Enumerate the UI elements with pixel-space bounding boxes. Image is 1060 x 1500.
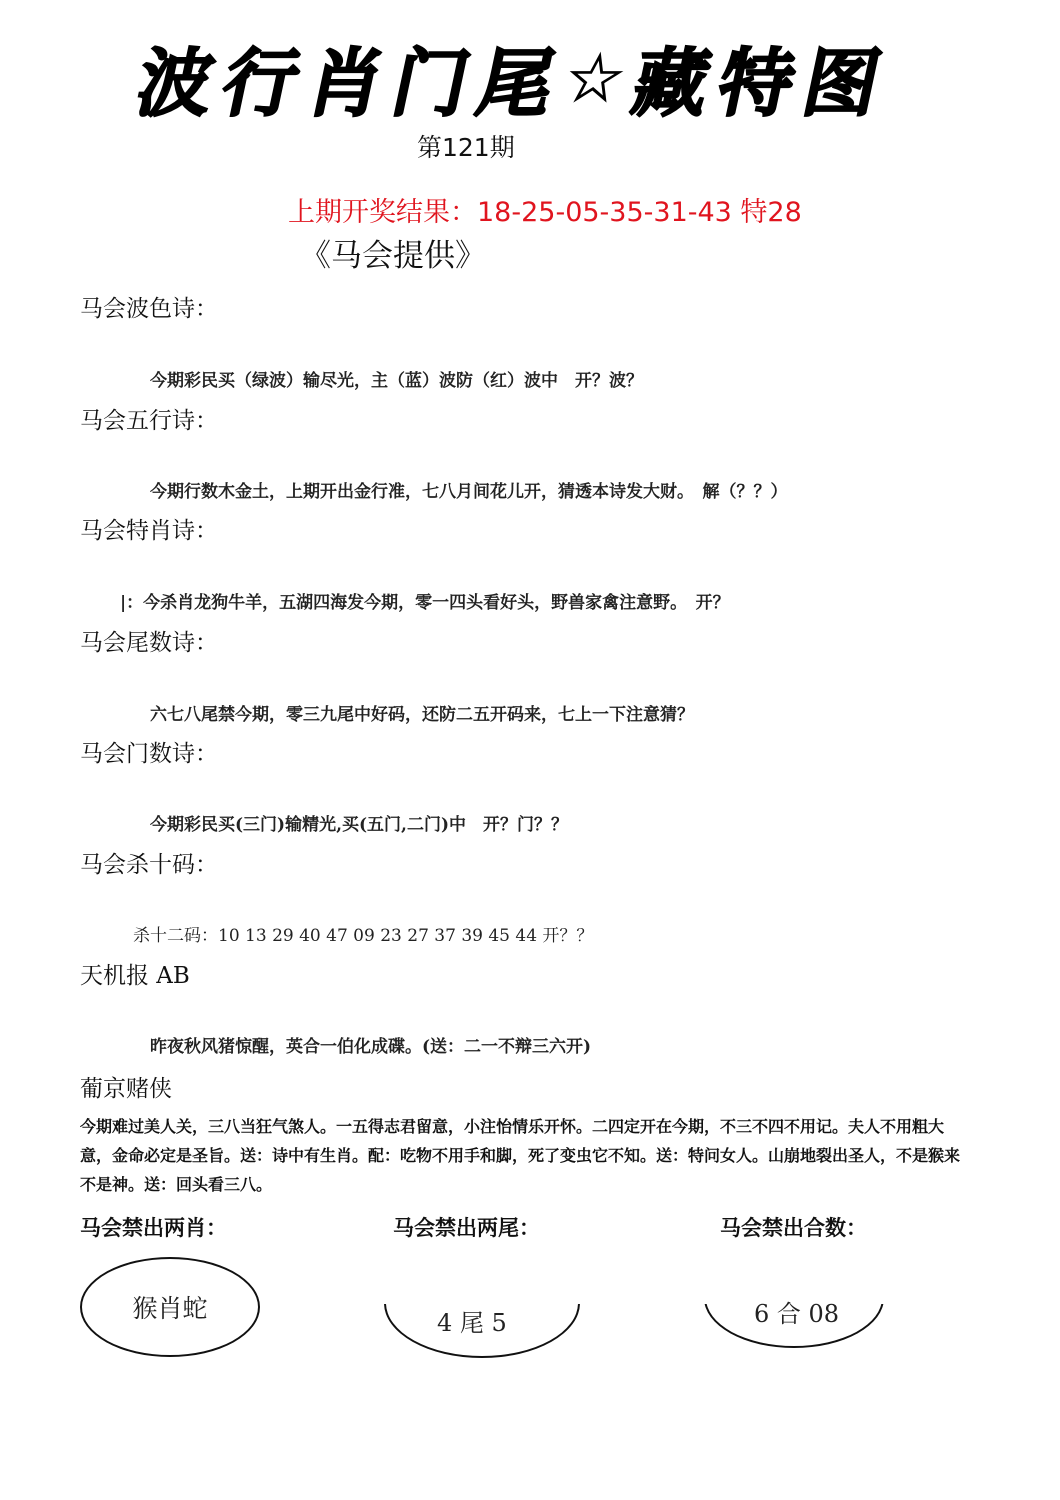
ban-sum-label: 马会禁出合数：	[720, 1212, 867, 1242]
section-heading-kill-ten: 马会杀十码：	[80, 846, 218, 879]
star-icon: ☆	[557, 40, 633, 117]
ban-tail-value: 4 尾 5	[437, 1303, 507, 1338]
section-line-special-zodiac: |：今杀肖龙狗牛羊，五湖四海发今期，零一四头看好头，野兽家禽注意野。 开？	[120, 588, 730, 613]
section-heading-door-number: 马会门数诗：	[80, 735, 218, 768]
title-char: 图	[795, 25, 892, 131]
section-line-wave-color: 今期彩民买（绿波）输尽光，主（蓝）波防（红）波中 开？波？	[150, 366, 643, 391]
section-heading-tianji: 天机报 AB	[80, 957, 190, 990]
ban-sum-value: 6 合 08	[754, 1294, 839, 1329]
section-heading-special-zodiac: 马会特肖诗：	[80, 512, 218, 545]
page-title: 波 行 肖 门 尾 ☆ 藏 特 图	[129, 28, 890, 128]
section-line-tianji: 昨夜秋风猪惊醒，英合一伯化成碟。(送：二一不辩三六开)	[150, 1032, 591, 1057]
title-char: 门	[384, 25, 481, 131]
ban-tail-label: 马会禁出两尾：	[393, 1212, 540, 1242]
pujing-paragraph: 今期难过美人关，三八当狂气煞人。一五得志君留意，小注怡情乐开怀。二四定开在今期，…	[80, 1112, 960, 1199]
provider-label: 《马会提供》	[300, 230, 486, 275]
pujing-heading: 葡京赌侠	[80, 1070, 172, 1103]
section-line-door-number: 今期彩民买(三门)输精光,买(五门,二门)中 开？门？？	[150, 810, 568, 835]
section-heading-wave-color: 马会波色诗：	[80, 290, 218, 323]
section-heading-tail-number: 马会尾数诗：	[80, 624, 218, 657]
title-char: 尾	[469, 25, 566, 131]
title-char: 波	[129, 25, 226, 131]
section-line-kill-ten: 杀十二码：10 13 29 40 47 09 23 27 37 39 45 44…	[133, 921, 593, 946]
issue-number: 第121期	[417, 128, 515, 164]
last-draw-result: 上期开奖结果：18-25-05-35-31-43 特28	[288, 190, 802, 229]
section-line-five-elements: 今期行数木金土，上期开出金行准，七八月间花儿开，猜透本诗发大财。 解（？？）	[150, 477, 788, 502]
ban-zodiac-label: 马会禁出两肖：	[80, 1212, 227, 1242]
title-char: 藏	[624, 25, 721, 131]
ban-zodiac-value: 猴肖蛇	[132, 1289, 207, 1325]
title-char: 特	[710, 25, 807, 131]
title-char: 肖	[299, 25, 396, 131]
section-heading-five-elements: 马会五行诗：	[80, 402, 218, 435]
ban-zodiac-oval: 猴肖蛇	[80, 1257, 260, 1357]
title-char: 行	[214, 25, 311, 131]
section-line-tail-number: 六七八尾禁今期，零三九尾中好码，还防二五开码来，七上一下注意猜？	[150, 700, 694, 725]
